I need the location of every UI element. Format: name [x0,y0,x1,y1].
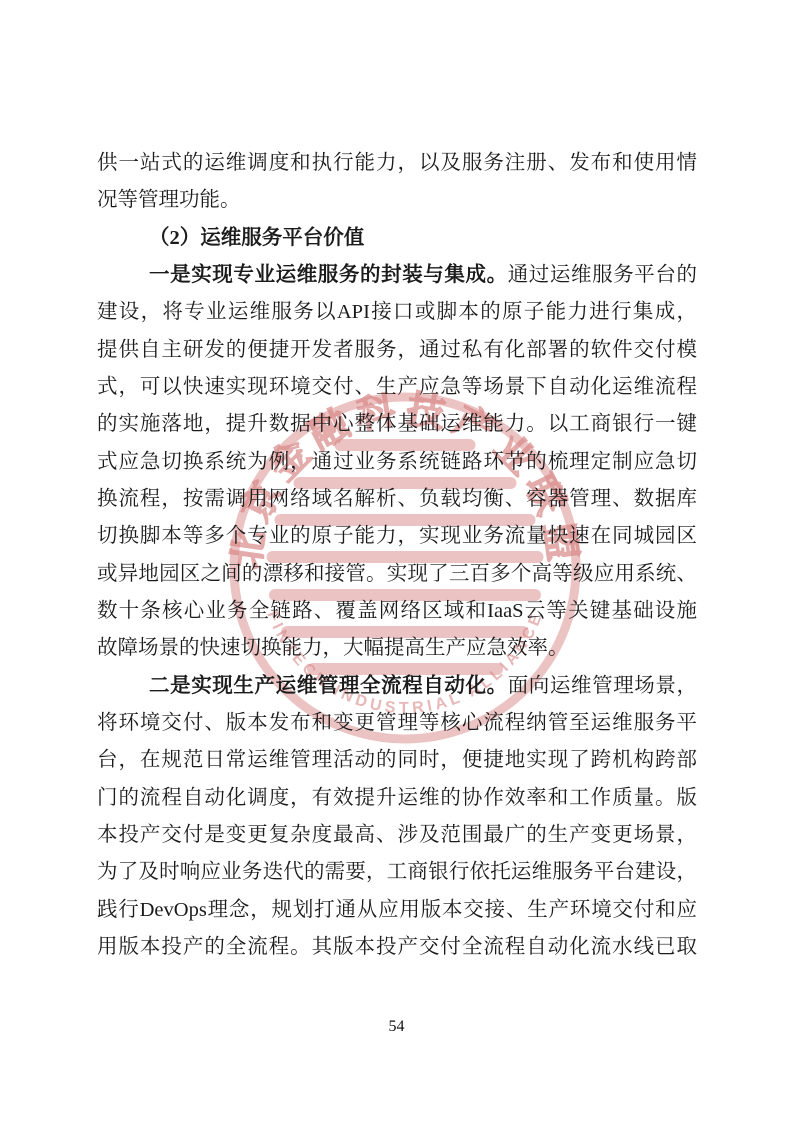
text-run: 门的流程自动化调度，有效提升运维的协作效率和工作质量。版 [97,787,697,809]
text-line: 台，在规范日常运维管理活动的同时，便捷地实现了跨机构跨部 [97,742,697,779]
document-page: 北京金融科技产业联盟 FINTECH INDUSTRIAL ALLIANCE 供… [0,0,793,1122]
text-run: 故障场景的快速切换能力，大幅提高生产应急效率。 [97,637,569,659]
text-line: 的实施落地，提升数据中心整体基础运维能力。以工商银行一键 [97,406,697,443]
text-line: 故障场景的快速切换能力，大幅提高生产应急效率。 [97,630,697,667]
bold-run: （2）运维服务平台价值 [149,227,364,249]
text-run: 用版本投产的全流程。其版本投产交付全流程自动化流水线已取 [97,936,697,958]
text-run: 况等管理功能。 [97,189,241,211]
text-run: 的实施落地，提升数据中心整体基础运维能力。以工商银行一键 [97,413,697,435]
text-line: 本投产交付是变更复杂度最高、涉及范围最广的生产变更场景， [97,817,697,854]
text-line: 式，可以快速实现环境交付、生产应急等场景下自动化运维流程 [97,369,697,406]
text-line: 建设，将专业运维服务以API接口或脚本的原子能力进行集成， [97,294,697,331]
text-line: 提供自主研发的便捷开发者服务，通过私有化部署的软件交付模 [97,332,697,369]
text-run: 将环境交付、版本发布和变更管理等核心流程纳管至运维服务平 [97,712,697,734]
text-run: 建设，将专业运维服务以API接口或脚本的原子能力进行集成， [97,301,697,323]
bold-run: 二是实现生产运维管理全流程自动化。 [149,675,508,697]
text-run: 践行DevOps理念，规划打通从应用版本交接、生产环境交付和应 [97,899,697,921]
bold-run: 一是实现专业运维服务的封装与集成。 [149,264,508,286]
text-run: 切换脚本等多个专业的原子能力，实现业务流量快速在同城园区 [97,525,697,547]
text-line: 式应急切换系统为例，通过业务系统链路环节的梳理定制应急切 [97,444,697,481]
text-line: （2）运维服务平台价值 [97,220,697,257]
text-run: 通过运维服务平台的 [508,264,697,286]
text-run: 数十条核心业务全链路、覆盖网络区域和IaaS云等关键基础设施 [97,600,697,622]
text-run: 供一站式的运维调度和执行能力，以及服务注册、发布和使用情 [97,152,697,174]
text-line: 数十条核心业务全链路、覆盖网络区域和IaaS云等关键基础设施 [97,593,697,630]
text-block: 供一站式的运维调度和执行能力，以及服务注册、发布和使用情况等管理功能。（2）运维… [97,145,697,966]
text-line: 二是实现生产运维管理全流程自动化。面向运维管理场景， [97,668,697,705]
text-line: 换流程，按需调用网络域名解析、负载均衡、容器管理、数据库 [97,481,697,518]
text-line: 一是实现专业运维服务的封装与集成。通过运维服务平台的 [97,257,697,294]
text-run: 本投产交付是变更复杂度最高、涉及范围最广的生产变更场景， [97,824,697,846]
text-run: 提供自主研发的便捷开发者服务，通过私有化部署的软件交付模 [97,339,697,361]
text-line: 为了及时响应业务迭代的需要，工商银行依托运维服务平台建设， [97,854,697,891]
text-line: 用版本投产的全流程。其版本投产交付全流程自动化流水线已取 [97,929,697,966]
text-line: 将环境交付、版本发布和变更管理等核心流程纳管至运维服务平 [97,705,697,742]
text-run: 为了及时响应业务迭代的需要，工商银行依托运维服务平台建设， [97,861,697,883]
text-line: 门的流程自动化调度，有效提升运维的协作效率和工作质量。版 [97,780,697,817]
text-line: 或异地园区之间的漂移和接管。实现了三百多个高等级应用系统、 [97,556,697,593]
text-run: 面向运维管理场景， [508,675,697,697]
text-run: 换流程，按需调用网络域名解析、负载均衡、容器管理、数据库 [97,488,697,510]
text-run: 台，在规范日常运维管理活动的同时，便捷地实现了跨机构跨部 [97,749,697,771]
text-run: 或异地园区之间的漂移和接管。实现了三百多个高等级应用系统、 [97,563,697,585]
page-number: 54 [0,1018,793,1036]
text-line: 切换脚本等多个专业的原子能力，实现业务流量快速在同城园区 [97,518,697,555]
text-run: 式应急切换系统为例，通过业务系统链路环节的梳理定制应急切 [97,451,697,473]
text-line: 供一站式的运维调度和执行能力，以及服务注册、发布和使用情 [97,145,697,182]
text-run: 式，可以快速实现环境交付、生产应急等场景下自动化运维流程 [97,376,697,398]
text-line: 况等管理功能。 [97,182,697,219]
text-line: 践行DevOps理念，规划打通从应用版本交接、生产环境交付和应 [97,892,697,929]
